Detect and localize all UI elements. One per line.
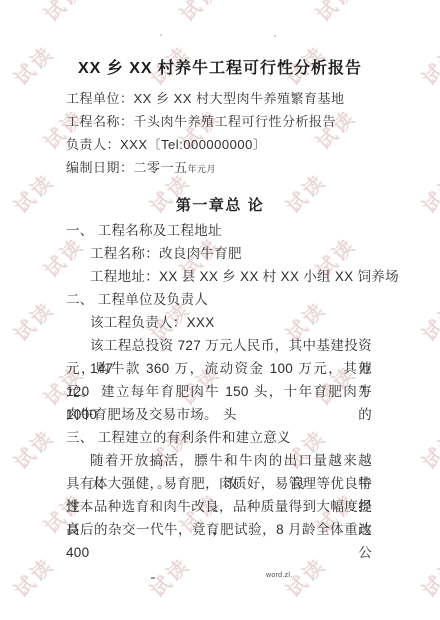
body-line: 良后的杂交一代牛，竟育肥试验，8 月龄全体重达 400 公 — [66, 518, 372, 541]
scan-artifact-dot — [274, 35, 276, 37]
info-block: 工程单位：XX 乡 XX 村大型肉牛养殖繁育基地工程名称：千头肉牛养殖工程可行性… — [66, 87, 386, 179]
body-line: 过本品种选育和肉牛改良，品种质量得到大幅度提高，改 — [66, 495, 372, 518]
info-line: 工程单位：XX 乡 XX 村大型肉牛养殖繁育基地 — [66, 87, 386, 110]
chapter-heading: 第一章总 论 — [0, 194, 440, 215]
watermark-text: 试读 — [6, 294, 59, 347]
date-main: 编制日期：二零一五 — [66, 160, 188, 175]
watermark-text: 试读 — [6, 422, 59, 475]
body-line: 三、 工程建立的有利条件和建立意义 — [66, 426, 372, 449]
scan-artifact-dot — [160, 34, 162, 36]
watermark-text: 试读 — [414, 422, 440, 475]
body-line: 元，购牛款 360 万，流动资金 100 万元，其他 120 万 — [66, 357, 372, 380]
scan-artifact-dash — [151, 577, 155, 579]
watermark-text: 试读 — [172, 0, 225, 27]
watermark-text: 试读 — [414, 294, 440, 347]
watermark-text: 试读 — [6, 550, 59, 603]
body-line: 该工程负责人：XXX — [66, 311, 372, 334]
date-small: 年元月 — [188, 164, 217, 174]
body-line: 工程地址：XX 县 XX 乡 XX 村 XX 小组 XX 饲养场 — [66, 265, 372, 288]
document-title: XX 乡 XX 村养牛工程可行性分析报告 — [0, 55, 440, 78]
date-line: 编制日期：二零一五年元月 — [66, 156, 386, 179]
body-line: 该工程总投资 727 万元人民币，其中基建投资 147 万 — [66, 334, 372, 357]
body-block: 一、 工程名称及工程地址工程名称：改良肉牛育肥工程地址：XX 县 XX 乡 XX… — [66, 219, 372, 541]
info-line: 负责人：XXX〔Tel:000000000〕 — [66, 133, 386, 156]
body-line: 一、 工程名称及工程地址 — [66, 219, 372, 242]
footer-brand: word.zl. — [266, 572, 293, 579]
document-page: 试读试读试读试读试读试读试读试读试读试读试读试读试读试读试读试读试读试读试读试读… — [0, 0, 440, 620]
watermark-text: 试读 — [414, 550, 440, 603]
body-line: 工程名称：改良肉牛育肥 — [66, 242, 372, 265]
watermark-text: 试读 — [36, 0, 89, 27]
body-line: 元。 建立每年育肥肉牛 150 头，十年育肥肉牛 1000 头的 — [66, 380, 372, 403]
watermark-text: 试读 — [308, 0, 361, 27]
info-line: 工程名称：千头肉牛养殖工程可行性分析报告 — [66, 110, 386, 133]
info-lines: 工程单位：XX 乡 XX 村大型肉牛养殖繁育基地工程名称：千头肉牛养殖工程可行性… — [66, 87, 386, 156]
body-line: 具有体大强健，易育肥，肉质好，易管理等优良特性。经 — [66, 472, 372, 495]
body-line: 随着开放搞活，膘牛和牛肉的出口量越来越大。改良牛 — [66, 449, 372, 472]
body-line: 二、 工程单位及负责人 — [66, 288, 372, 311]
